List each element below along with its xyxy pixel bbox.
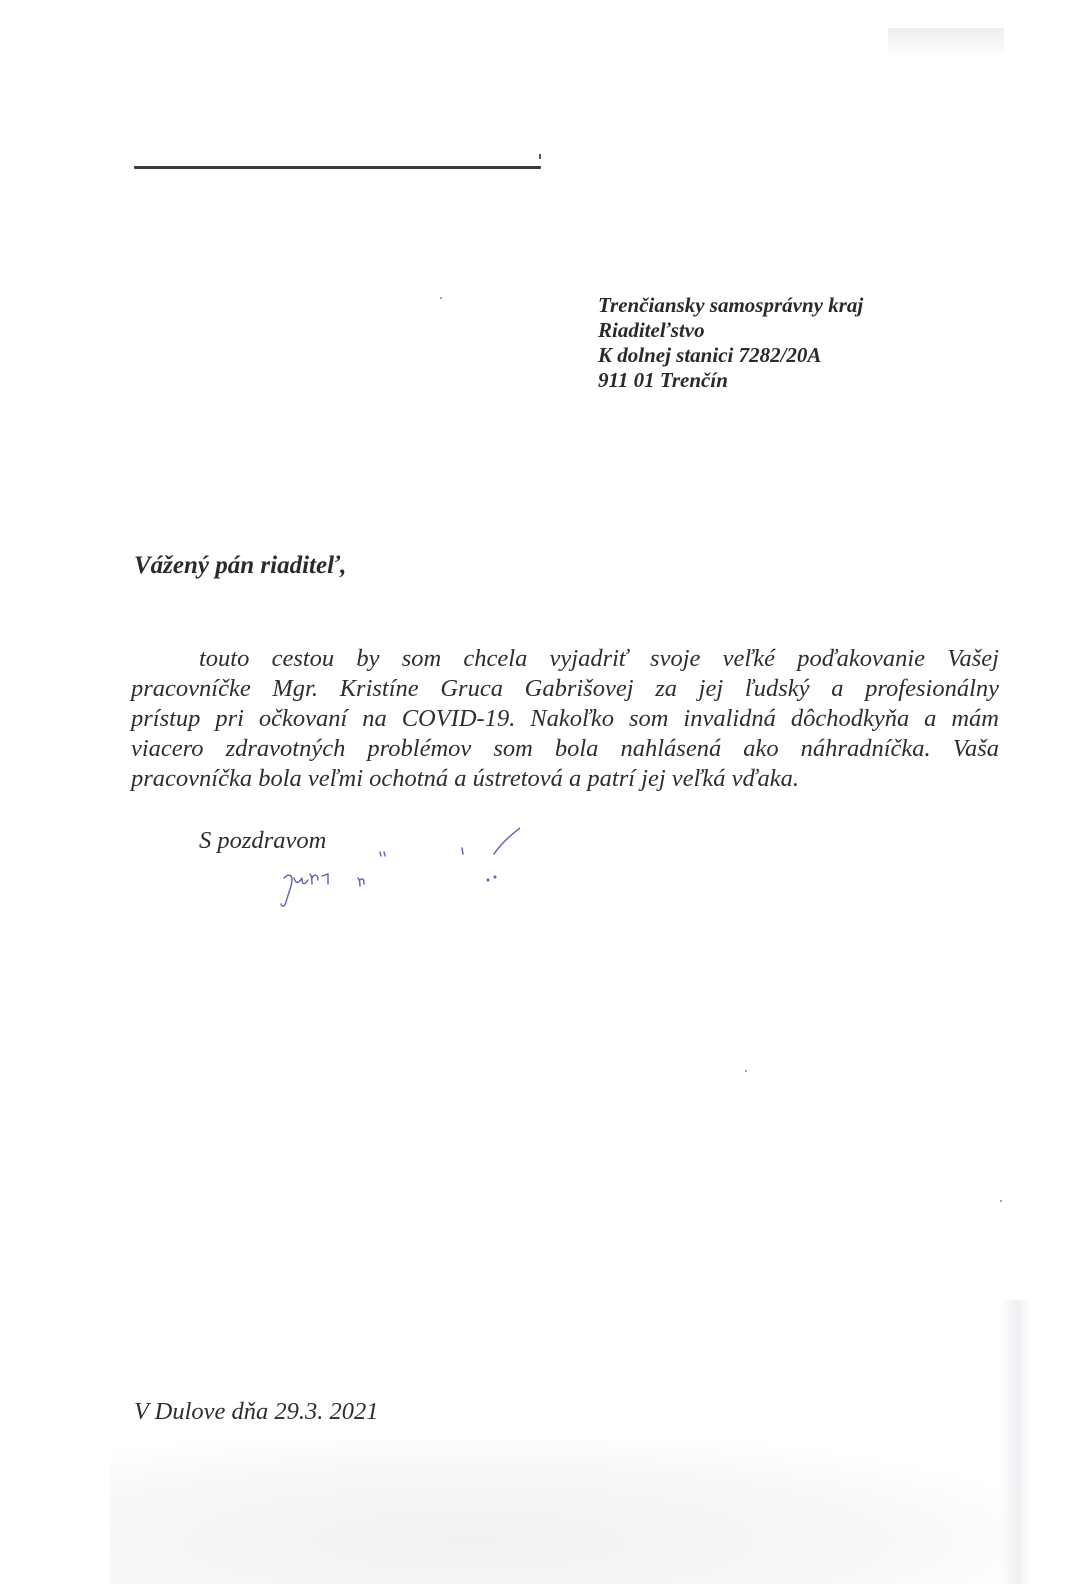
scan-artifact [539,154,541,159]
scan-artifact [440,297,442,299]
body-line: pracovníčke Mgr. Kristíne Gruca Gabrišov… [131,674,999,704]
scan-artifact [1000,1300,1030,1584]
body-line: pracovníčka bola veľmi ochotná a ústreto… [131,764,999,794]
recipient-city: 911 01 Trenčín [598,368,863,393]
recipient-department: Riaditeľstvo [598,318,863,343]
scan-artifact [888,28,1004,58]
body-line: viacero zdravotných problémov som bola n… [131,734,999,764]
handwritten-signature [260,822,520,912]
salutation: Vážený pán riaditeľ, [134,552,346,580]
body-line: touto cestou by som chcela vyjadriť svoj… [131,644,999,674]
sender-redaction-line [134,166,541,169]
body-line: prístup pri očkovaní na COVID-19. Nakoľk… [131,704,999,734]
scan-artifact [1000,1200,1002,1202]
scan-artifact [110,1440,1010,1584]
recipient-street: K dolnej stanici 7282/20A [598,343,863,368]
recipient-organization: Trenčiansky samosprávny kraj [598,293,863,318]
letter-body: touto cestou by som chcela vyjadriť svoj… [131,644,999,794]
scan-artifact [745,1070,747,1072]
place-and-date: V Dulove dňa 29.3. 2021 [134,1398,379,1426]
recipient-address-block: Trenčiansky samosprávny kraj Riaditeľstv… [598,293,863,393]
